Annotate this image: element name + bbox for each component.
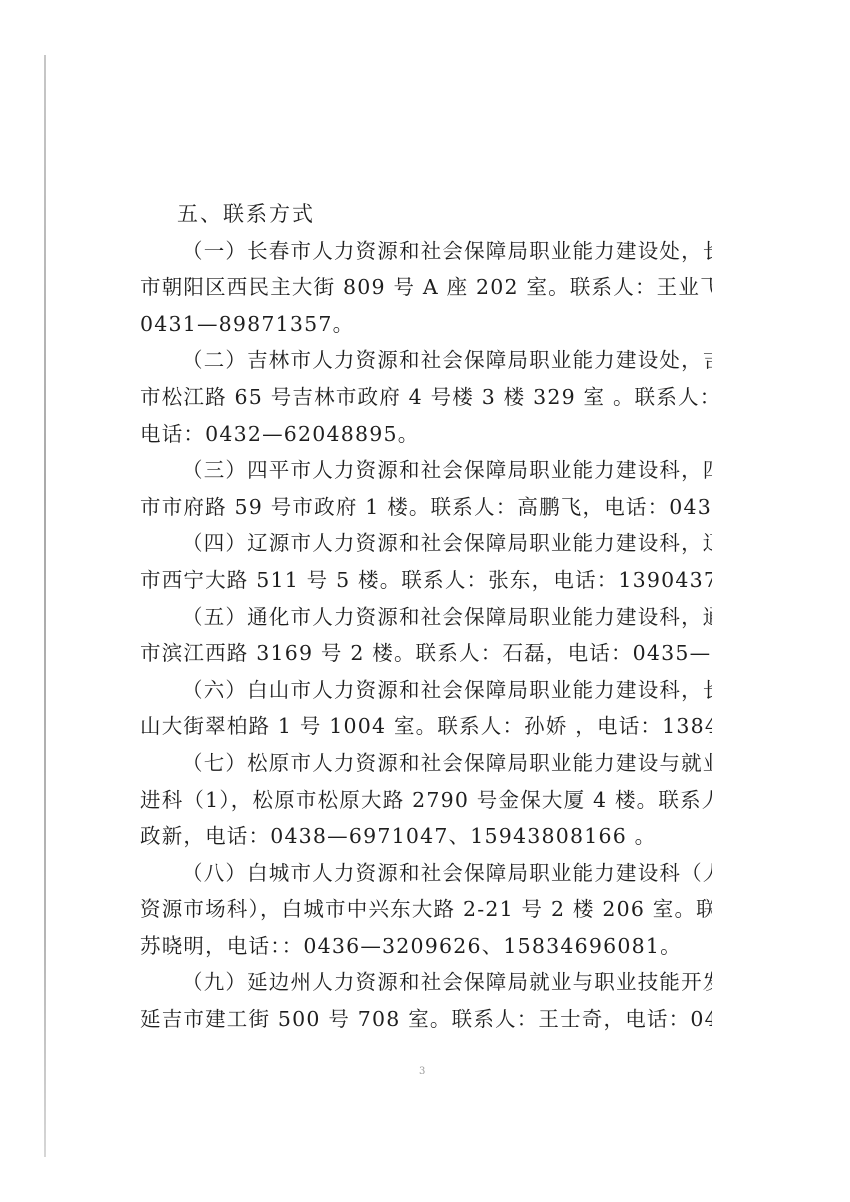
paragraph-line: 延吉市建工街 500 号 708 室。联系人：王士奇，电话：0433—	[140, 1001, 712, 1038]
contact-paragraph-3: （三）四平市人力资源和社会保障局职业能力建设科，四平 市市府路 59 号市政府 …	[140, 452, 712, 525]
paragraph-line: 市滨江西路 3169 号 2 楼。联系人：石磊，电话：0435—3267455。	[140, 635, 712, 672]
page-number: 3	[419, 1066, 425, 1077]
paragraph-line: （六）白山市人力资源和社会保障局职业能力建设科，长白	[140, 672, 712, 709]
contact-paragraph-5: （五）通化市人力资源和社会保障局职业能力建设科，通化 市滨江西路 3169 号 …	[140, 599, 712, 672]
paragraph-line: 苏晓明，电话：：0436—3209626、15834696081。	[140, 928, 712, 965]
paragraph-line: 市市府路 59 号市政府 1 楼。联系人：高鹏飞，电话：0434—3266267…	[140, 489, 712, 526]
paragraph-line: （二）吉林市人力资源和社会保障局职业能力建设处，吉林	[140, 342, 712, 379]
document-body: 五、联系方式 （一）长春市人力资源和社会保障局职业能力建设处，长春 市朝阳区西民…	[140, 196, 712, 1038]
paragraph-line: （四）辽源市人力资源和社会保障局职业能力建设科，辽源	[140, 525, 712, 562]
contact-paragraph-7: （七）松原市人力资源和社会保障局职业能力建设与就业促 进科（1），松原市松原大路…	[140, 745, 712, 855]
contact-paragraph-9: （九）延边州人力资源和社会保障局就业与职业技能开发处， 延吉市建工街 500 号…	[140, 964, 712, 1037]
paragraph-line: （八）白城市人力资源和社会保障局职业能力建设科（人力	[140, 855, 712, 892]
paragraph-line: 市松江路 65 号吉林市政府 4 号楼 3 楼 329 室 。联系人：尹丹丹，	[140, 379, 712, 416]
paragraph-line: （九）延边州人力资源和社会保障局就业与职业技能开发处，	[140, 964, 712, 1001]
scan-binding-edge	[44, 55, 46, 1157]
paragraph-line: （七）松原市人力资源和社会保障局职业能力建设与就业促	[140, 745, 712, 782]
paragraph-line: 政新，电话：0438—6971047、15943808166 。	[140, 818, 712, 855]
paragraph-line: 市朝阳区西民主大街 809 号 A 座 202 室。联系人：王业飞，电话：	[140, 269, 712, 306]
section-heading: 五、联系方式	[140, 196, 712, 233]
contact-paragraph-8: （八）白城市人力资源和社会保障局职业能力建设科（人力 资源市场科），白城市中兴东…	[140, 855, 712, 965]
paragraph-line: 市西宁大路 511 号 5 楼。联系人：张东，电话：13904378815。	[140, 562, 712, 599]
paragraph-line: 电话：0432—62048895。	[140, 416, 712, 453]
contact-paragraph-4: （四）辽源市人力资源和社会保障局职业能力建设科，辽源 市西宁大路 511 号 5…	[140, 525, 712, 598]
paragraph-line: 进科（1），松原市松原大路 2790 号金保大厦 4 楼。联系人：宋	[140, 782, 712, 819]
paragraph-line: 0431—89871357。	[140, 306, 712, 343]
paragraph-line: （三）四平市人力资源和社会保障局职业能力建设科，四平	[140, 452, 712, 489]
contact-paragraph-1: （一）长春市人力资源和社会保障局职业能力建设处，长春 市朝阳区西民主大街 809…	[140, 233, 712, 343]
paragraph-line: 资源市场科），白城市中兴东大路 2-21 号 2 楼 206 室。联系人：	[140, 891, 712, 928]
paragraph-line: （一）长春市人力资源和社会保障局职业能力建设处，长春	[140, 233, 712, 270]
paragraph-line: （五）通化市人力资源和社会保障局职业能力建设科，通化	[140, 599, 712, 636]
paragraph-line: 山大街翠柏路 1 号 1004 室。联系人：孙娇 ，电话：13843910137…	[140, 708, 712, 745]
contact-paragraph-6: （六）白山市人力资源和社会保障局职业能力建设科，长白 山大街翠柏路 1 号 10…	[140, 672, 712, 745]
contact-paragraph-2: （二）吉林市人力资源和社会保障局职业能力建设处，吉林 市松江路 65 号吉林市政…	[140, 342, 712, 452]
